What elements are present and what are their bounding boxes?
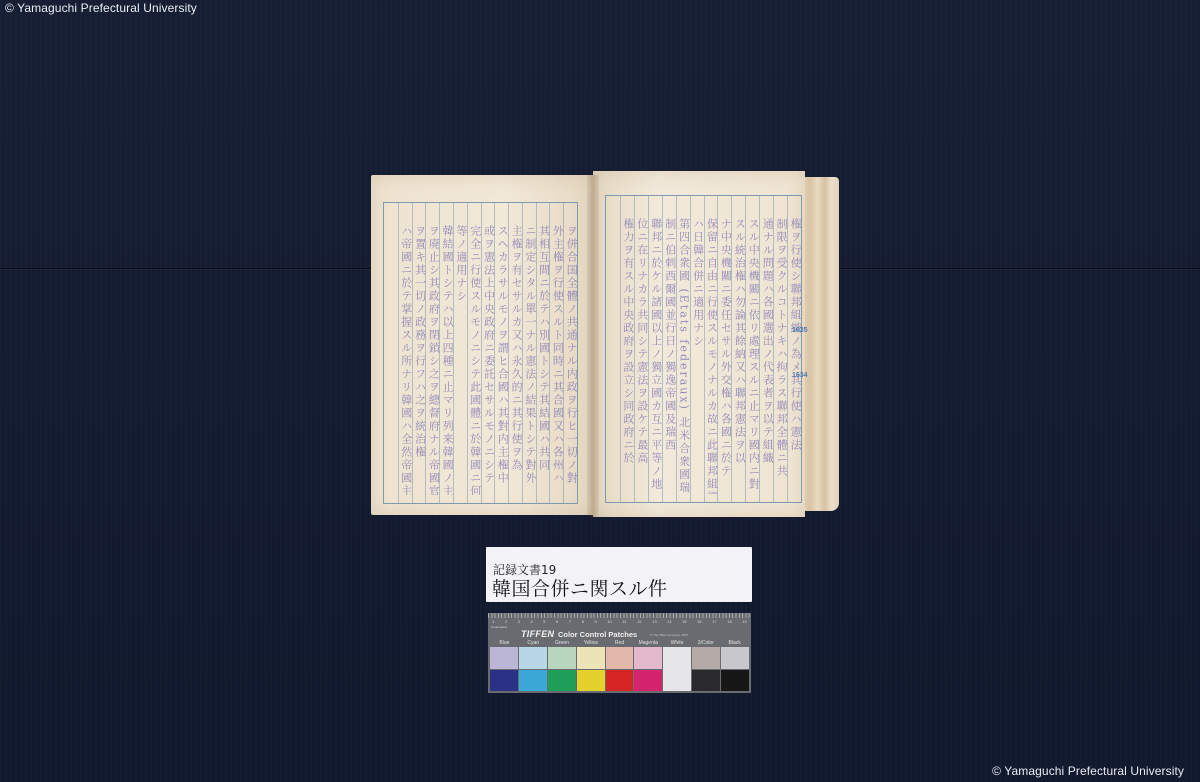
handwritten-column: スル中央機關ニ依リ處理スルニ止マリ國内ニ對 [746, 218, 760, 494]
patch-column [721, 647, 749, 691]
patch-column [692, 647, 720, 691]
handwritten-column: 完全ニ行使スルモノニシテ此國體ニ於韓國ニ何 [468, 225, 482, 495]
handwritten-column: 聯邦ニ於ケル諸國以上ノ獨立國カ互ニ平等ノ地 [649, 218, 663, 494]
handwritten-column: 制ニ伯剌西爾國並行日ノ獨逸帝國及瑞西 [663, 218, 677, 494]
ruler-mark: 6 [556, 619, 558, 629]
ruler-mark: 14 [667, 619, 671, 629]
color-patch [548, 670, 576, 692]
color-patch [692, 670, 720, 692]
patch-column [490, 647, 518, 691]
tiffen-logo: TIFFEN [521, 629, 554, 639]
patch-name: Red [605, 640, 634, 646]
color-control-chart: 12345678910111213141516171819 Centimeter… [488, 613, 751, 693]
color-patch [634, 670, 662, 692]
color-patch [577, 647, 605, 669]
handwritten-column: ヲ置キ其一切ノ政務ヲ行フハ之ヲ統治権 [413, 225, 427, 495]
handwritten-column: 制限ヲ受クルコトナキハ拘ラス聯邦全體ニ共 [774, 218, 788, 494]
color-patch [721, 670, 749, 692]
right-page-ruled-frame: 権ヲ行使シ聯邦組織ノ為メ其行使ハ憲法制限ヲ受クルコトナキハ拘ラス聯邦全體ニ共通ナ… [605, 195, 802, 503]
document-label-card: 記録文書19 韓国合併ニ関スル件 [486, 547, 752, 602]
ruler-mark: 12 [637, 619, 641, 629]
ruler-mark: 11 [622, 619, 626, 629]
handwritten-column: 韓結國トシテハ以上四種ニ止マリ列来韓國ノ主権 [440, 225, 454, 495]
ruler-mark: 5 [543, 619, 545, 629]
archive-stamp: 1635 [792, 327, 808, 334]
open-document-book: ヲ併合国全體ノ共通ナル内政ヲ行ヒ一切ノ對外主権ヲ行使スルト同時ニ其合國又ハ各州ハ… [365, 171, 845, 519]
ruler-mark: 18 [727, 619, 731, 629]
handwritten-column: ヲ廃止シ其政府ヲ閉鎖シ之ヲ總督府ナル帝國官衙 [426, 225, 440, 495]
ruler-mark: 4 [530, 619, 532, 629]
color-patch [519, 670, 547, 692]
archive-stamp: 1634 [792, 372, 808, 379]
ruler-mark: 16 [697, 619, 701, 629]
color-patch [548, 647, 576, 669]
handwritten-column: ハ帝國ニ於テ掌握スル所ナリ韓國ハ全然帝國主 [399, 225, 413, 495]
handwritten-column: 或ヲ憲法上中央政府ニ委託セサルモノニシテ [482, 225, 496, 495]
patch-name: Cyan [519, 640, 548, 646]
ruler-marks: 12345678910111213141516171819 [488, 619, 751, 629]
patch-name: White [663, 640, 692, 646]
handwritten-column: 主権ヲ有セサルカ又ハ永久的ニ其行使ヲ為 [509, 225, 523, 495]
handwritten-column: スヘカラサルモノヲ謂ヒ合國ハ其對内主権中 [495, 225, 509, 495]
color-patch [606, 647, 634, 669]
patch-name: Yellow [576, 640, 605, 646]
patch-name: Green [548, 640, 577, 646]
patch-name: Blue [490, 640, 519, 646]
right-page: 権ヲ行使シ聯邦組織ノ為メ其行使ハ憲法制限ヲ受クルコトナキハ拘ラス聯邦全體ニ共通ナ… [593, 171, 805, 517]
patch-column [519, 647, 547, 691]
patch-column [577, 647, 605, 691]
book-gutter [587, 175, 599, 517]
color-patch [692, 647, 720, 669]
handwritten-column: 権力ヲ有スル中央政府ヲ設立シ同政府ニ於 [621, 218, 635, 494]
copyright-credit-bottom: © Yamaguchi Prefectural University [992, 764, 1184, 778]
patch-name: 3/Color [691, 640, 720, 646]
patch-column [634, 647, 662, 691]
ruler-mark: 19 [742, 619, 746, 629]
handwritten-column: 外主権ヲ行使スルト同時ニ其合國又ハ各州ハ [550, 225, 564, 495]
handwritten-column: 保留ニ自由ニ行使スルモノナルカ故ニ此聯邦組織 [705, 218, 719, 494]
handwritten-column: スル統治権ハ勿論其餘納又ハ聯邦憲法ヲ以 [732, 218, 746, 494]
handwritten-column: 第四合衆國 (Etats federaux) 北米合衆國瑞西等 [677, 218, 691, 494]
color-patch [490, 670, 518, 692]
page-edges [803, 177, 839, 511]
ruler-unit-label: Centimeters [491, 625, 507, 629]
ruler-mark: 7 [569, 619, 571, 629]
color-patch [519, 647, 547, 669]
color-patch [721, 647, 749, 669]
handwritten-column: ヲ併合国全體ノ共通ナル内政ヲ行ヒ一切ノ對 [564, 225, 578, 495]
color-patch [577, 670, 605, 692]
ruler-mark: 17 [712, 619, 716, 629]
color-patch [634, 647, 662, 669]
handwritten-column: 通ナル問題ハ各國選出ノ代表者ヲ以テ組織 [760, 218, 774, 494]
handwritten-column: 権ヲ行使シ聯邦組織ノ為メ其行使ハ憲法 [788, 218, 802, 494]
patch-column [663, 647, 691, 691]
document-title: 韓国合併ニ関スル件 [492, 574, 668, 601]
patch-name: Black [720, 640, 749, 646]
handwritten-column: 位ニ在リナカラ共同シテ憲法ヲ設ケテ最高 [635, 218, 649, 494]
color-patches [490, 647, 749, 691]
handwritten-column: ナ中央機關ニ委任セサル外交権ハ各國ニ於テ [718, 218, 732, 494]
left-page: ヲ併合国全體ノ共通ナル内政ヲ行ヒ一切ノ對外主権ヲ行使スルト同時ニ其合國又ハ各州ハ… [371, 175, 593, 515]
color-chart-title: Color Control Patches [558, 630, 637, 639]
color-patch [663, 647, 691, 691]
ruler-mark: 10 [607, 619, 611, 629]
ruler-mark: 3 [518, 619, 520, 629]
ruler-mark: 9 [595, 619, 597, 629]
color-patch [490, 647, 518, 669]
handwritten-column: ニ制定シタル單一ナル憲法ノ結果トシテ對外 [523, 225, 537, 495]
handwritten-column: ハ日韓合併ニ適用ナシ [691, 218, 705, 494]
patch-name: Magenta [634, 640, 663, 646]
patch-column [606, 647, 634, 691]
left-page-ruled-frame: ヲ併合国全體ノ共通ナル内政ヲ行ヒ一切ノ對外主権ヲ行使スルト同時ニ其合國又ハ各州ハ… [383, 202, 578, 504]
color-patch [606, 670, 634, 692]
handwritten-column: 其相互間ニ於テハ別國トシテ其結國ハ共同 [537, 225, 551, 495]
ruler-mark: 13 [652, 619, 656, 629]
ruler-mark: 8 [582, 619, 584, 629]
handwritten-column: 等ノ適用ナシ [454, 225, 468, 495]
color-chart-copyright: © The Tiffen Company, 2007 [650, 633, 688, 637]
copyright-credit-top: © Yamaguchi Prefectural University [5, 1, 197, 15]
ruler-mark: 15 [682, 619, 686, 629]
patch-column [548, 647, 576, 691]
patch-names: BlueCyanGreenYellowRedMagentaWhite3/Colo… [490, 640, 749, 646]
